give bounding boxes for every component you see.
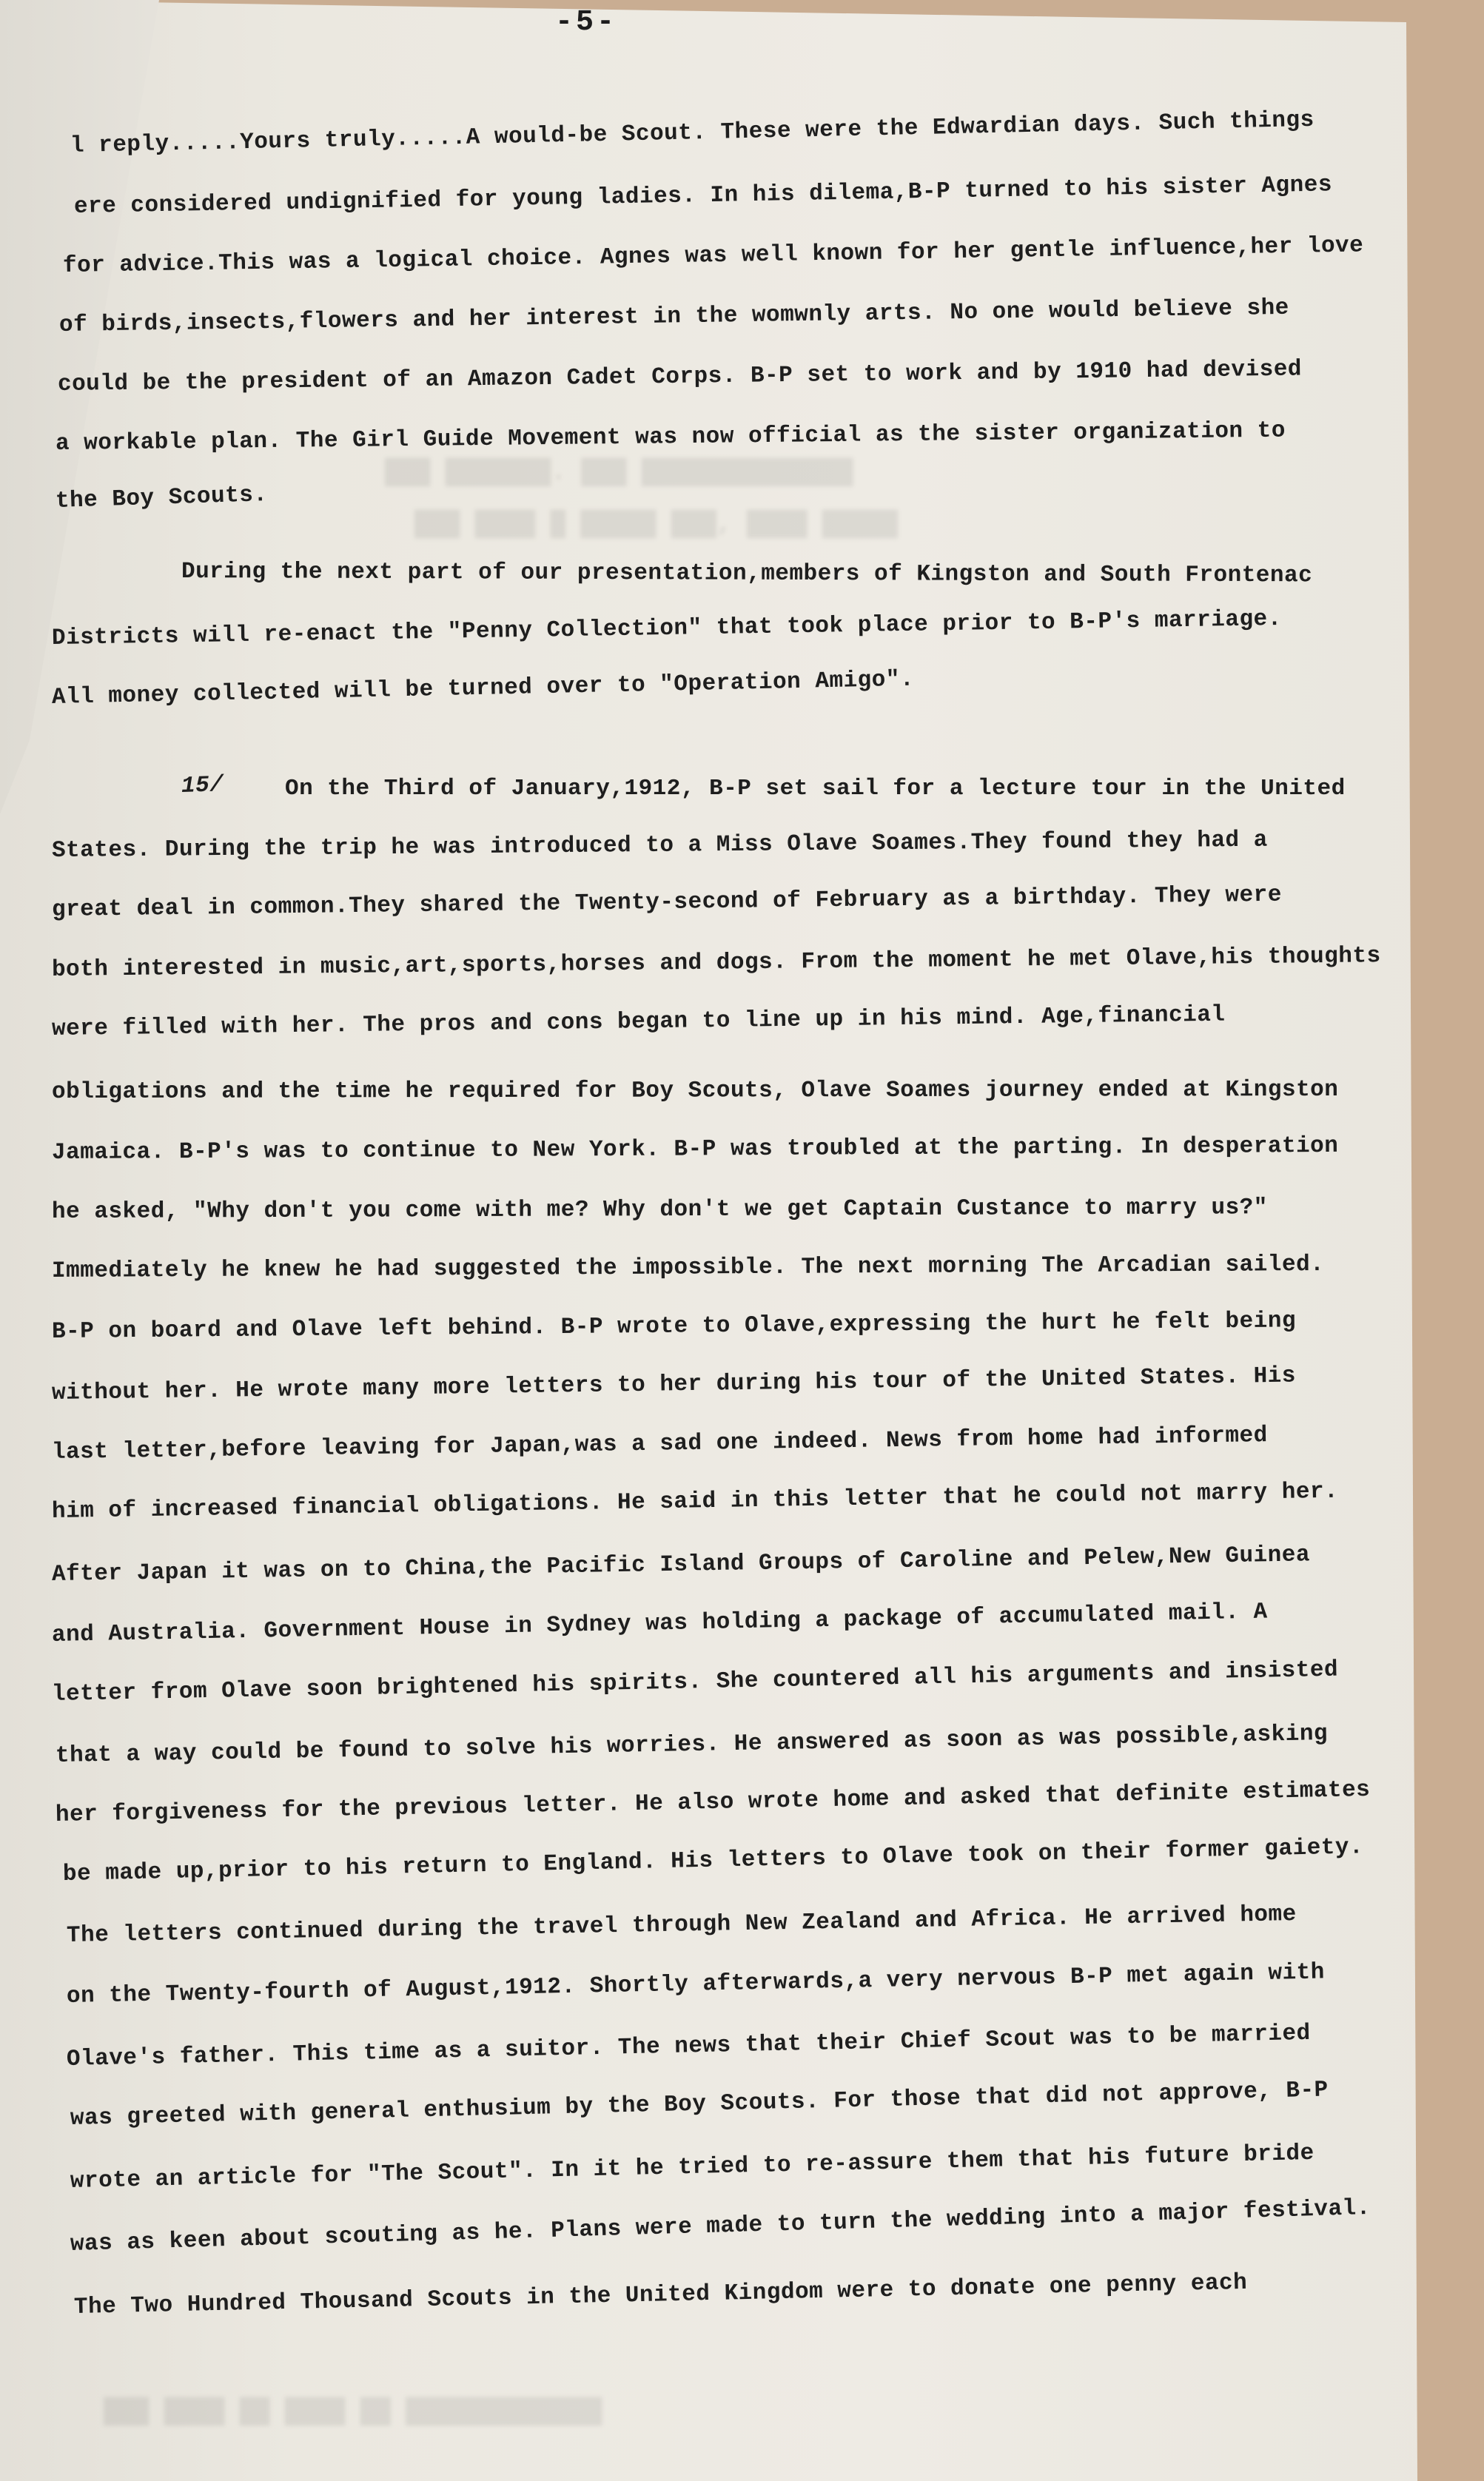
text-line: B-P on board and Olave left behind. B-P … [52, 1308, 1296, 1345]
text-line: Jamaica. B-P's was to continue to New Yo… [52, 1133, 1339, 1166]
text-line: were filled with her. The pros and cons … [52, 1002, 1226, 1042]
text-line: l reply.....Yours truly.....A would-be S… [70, 107, 1315, 159]
text-line: States. During the trip he was introduce… [52, 827, 1268, 864]
text-line: both interested in music,art,sports,hors… [52, 943, 1381, 983]
text-line: Districts will re-enact the "Penny Colle… [52, 606, 1282, 651]
text-line: was greeted with general enthusium by th… [70, 2077, 1329, 2132]
text-line: for advice.This was a logical choice. Ag… [63, 232, 1364, 279]
document-body: l reply.....Yours truly.....A would-be S… [0, 0, 1484, 2481]
margin-annotation: 15/ [181, 772, 224, 799]
text-line: that a way could be found to solve his w… [56, 1721, 1329, 1769]
text-line: letter from Olave soon brightened his sp… [52, 1657, 1339, 1708]
text-line: the Boy Scouts. [55, 482, 268, 514]
text-line: The Two Hundred Thousand Scouts in the U… [74, 2270, 1248, 2320]
text-line: on the Twenty-fourth of August,1912. Sho… [67, 1959, 1326, 2010]
text-line: her forgiveness for the previous letter.… [56, 1777, 1371, 1828]
text-line: The letters continued during the travel … [67, 1901, 1297, 1949]
text-line: On the Third of January,1912, B-P set sa… [285, 776, 1346, 802]
text-line: great deal in common.They shared the Twe… [52, 882, 1282, 923]
text-line: was as keen about scouting as he. Plans … [70, 2195, 1371, 2257]
text-line: of birds,insects,flowers and her interes… [59, 295, 1289, 338]
text-line: Olave's father. This time as a suitor. T… [67, 2021, 1311, 2072]
text-line: could be the president of an Amazon Cade… [58, 356, 1302, 397]
text-line: ere considered undignified for young lad… [74, 172, 1333, 220]
text-line: wrote an article for "The Scout". In it … [70, 2141, 1315, 2195]
text-line: and Australia. Government House in Sydne… [52, 1599, 1268, 1648]
text-line: without her. He wrote many more letters … [52, 1363, 1296, 1406]
text-line: a workable plan. The Girl Guide Movement… [56, 418, 1286, 457]
text-line: him of increased financial obligations. … [52, 1479, 1339, 1525]
text-line: last letter,before leaving for Japan,was… [52, 1423, 1268, 1466]
text-line: During the next part of our presentation… [181, 559, 1312, 588]
text-line: he asked, "Why don't you come with me? W… [52, 1195, 1268, 1225]
text-line: obligations and the time he required for… [52, 1077, 1338, 1105]
text-line: Immediately he knew he had suggested the… [52, 1252, 1324, 1284]
text-line: be made up,prior to his return to Englan… [63, 1834, 1364, 1887]
text-line: All money collected will be turned over … [52, 667, 915, 711]
text-line: After Japan it was on to China,the Pacif… [52, 1542, 1311, 1588]
